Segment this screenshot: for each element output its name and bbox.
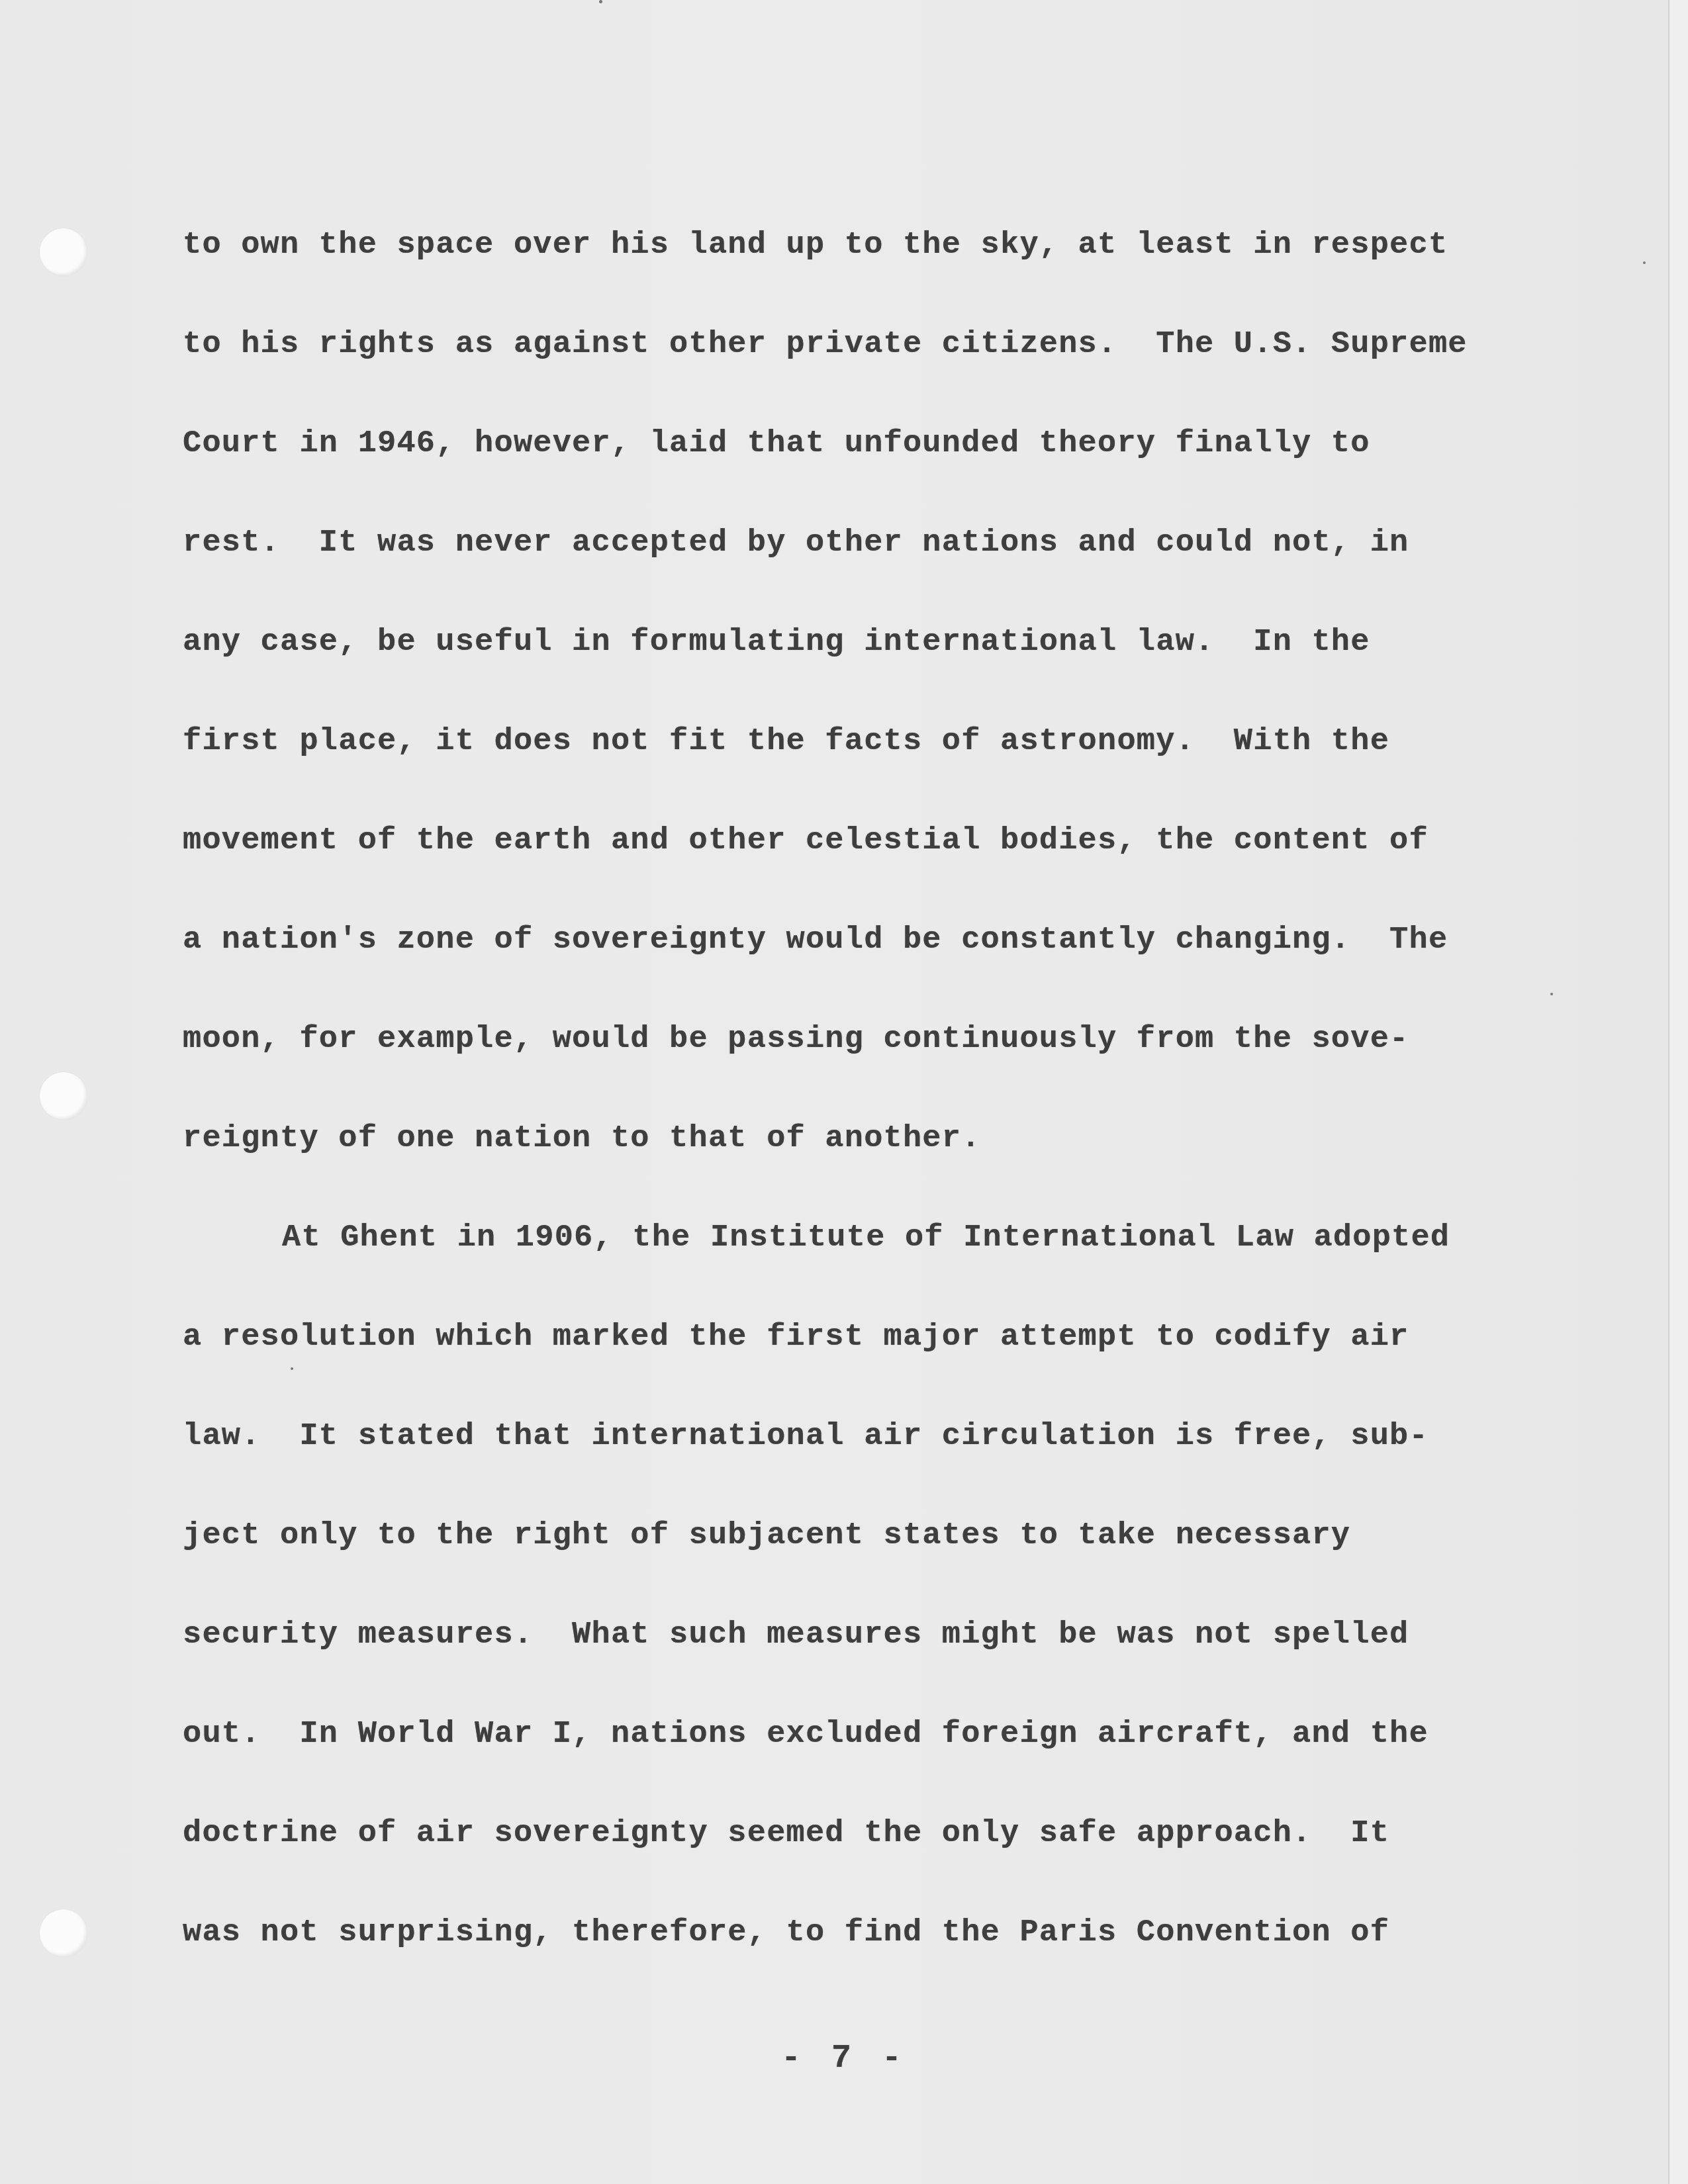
text-line: reignty of one nation to that of another… — [183, 1089, 1560, 1189]
text-line: was not surprising, therefore, to find t… — [183, 1884, 1560, 1983]
punch-hole-top — [40, 228, 87, 276]
text-line: any case, be useful in formulating inter… — [183, 593, 1560, 692]
text-line: to own the space over his land up to the… — [183, 196, 1560, 295]
text-line: a nation's zone of sovereignty would be … — [183, 891, 1560, 990]
page-number: - 7 - — [0, 2040, 1688, 2077]
punch-hole-bottom — [40, 1909, 87, 1957]
text-line: a resolution which marked the first majo… — [183, 1288, 1560, 1387]
text-line: out. In World War I, nations excluded fo… — [183, 1685, 1560, 1784]
typed-body-text: to own the space over his land up to the… — [183, 196, 1560, 1983]
text-line: Court in 1946, however, laid that unfoun… — [183, 394, 1560, 494]
text-line: movement of the earth and other celestia… — [183, 792, 1560, 891]
paragraph-start-line: At Ghent in 1906, the Institute of Inter… — [183, 1189, 1560, 1288]
text-line: to his rights as against other private c… — [183, 295, 1560, 394]
text-line: first place, it does not fit the facts o… — [183, 692, 1560, 792]
text-line: rest. It was never accepted by other nat… — [183, 494, 1560, 593]
document-page: to own the space over his land up to the… — [0, 0, 1668, 2184]
text-line: moon, for example, would be passing cont… — [183, 990, 1560, 1089]
page-edge — [1668, 0, 1688, 2184]
text-line: law. It stated that international air ci… — [183, 1387, 1560, 1486]
punch-hole-middle — [40, 1072, 87, 1120]
text-line: security measures. What such measures mi… — [183, 1586, 1560, 1685]
ink-speck — [599, 0, 602, 3]
text-line: ject only to the right of subjacent stat… — [183, 1486, 1560, 1586]
ink-speck — [1643, 261, 1646, 264]
text-line: doctrine of air sovereignty seemed the o… — [183, 1784, 1560, 1884]
